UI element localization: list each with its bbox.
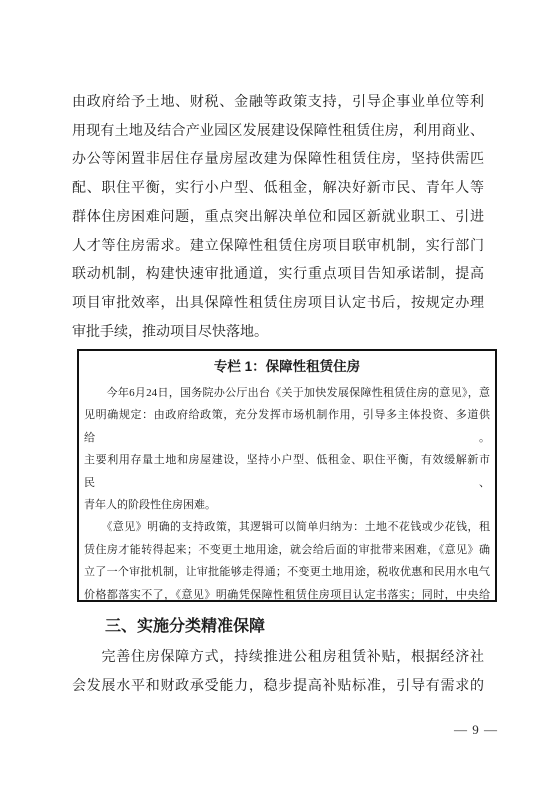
callout-body: 今年6月24日，国务院办公厅出台《关于加快发展保障性租赁住房的意见》，意见明确规… bbox=[84, 382, 490, 602]
text-line: 由政府给予土地、财税、金融等政策支持，引导企事业单位等利 bbox=[72, 89, 484, 118]
text-line: 会发展水平和财政承受能力，稳步提高补贴标准，引导有需求的 bbox=[72, 672, 484, 701]
text-line: 办公等闲置非居住存量房屋改建为保障性租赁住房，坚持供需匹 bbox=[72, 146, 484, 175]
body-paragraph: 由政府给予土地、财税、金融等政策支持，引导企事业单位等利用现有土地及结合产业园区… bbox=[72, 89, 484, 347]
policy-callout-box: 专栏 1：保障性租赁住房 今年6月24日，国务院办公厅出台《关于加快发展保障性租… bbox=[77, 349, 497, 602]
text-line: 完善住房保障方式，持续推进公租房租赁补贴，根据经济社 bbox=[72, 643, 484, 672]
text-line: 用现有土地及结合产业园区发展建设保障性租赁住房，利用商业、 bbox=[72, 118, 484, 147]
text-line: 赁住房才能转得起来；不变更土地用途，就会给后面的审批带来困难，《意见》确 bbox=[84, 539, 490, 561]
text-line: 群体住房困难问题，重点突出解决单位和园区新就业职工、引进 bbox=[72, 204, 484, 233]
closing-paragraph: 完善住房保障方式，持续推进公租房租赁补贴，根据经济社会发展水平和财政承受能力，稳… bbox=[72, 643, 484, 701]
text-line: 见明确规定：由政府给政策，充分发挥市场机制作用，引导多主体投资、多道供给。 bbox=[84, 404, 490, 449]
document-page: 由政府给予土地、财税、金融等政策支持，引导企事业单位等利用现有土地及结合产业园区… bbox=[0, 0, 555, 785]
text-line: 青年人的阶段性住房困难。 bbox=[84, 494, 490, 516]
text-line: 《意见》明确的支持政策，其逻辑可以简单归纳为：土地不花钱或少花钱，租 bbox=[84, 516, 490, 538]
text-line: 联动机制，构建快速审批通道，实行重点项目告知承诺制，提高 bbox=[72, 261, 484, 290]
page-number: — 9 — bbox=[454, 721, 498, 738]
text-line: 立了一个审批机制，让审批能够走得通；不变更土地用途，税收优惠和民用水电气 bbox=[84, 561, 490, 583]
text-line: 审批手续，推动项目尽快落地。 bbox=[72, 319, 484, 348]
text-line: 人才等住房需求。建立保障性租赁住房项目联审机制，实行部门 bbox=[72, 233, 484, 262]
text-line: 项目审批效率，出具保障性租赁住房项目认定书后，按规定办理 bbox=[72, 290, 484, 319]
text-line: 今年6月24日，国务院办公厅出台《关于加快发展保障性租赁住房的意见》，意 bbox=[84, 382, 490, 404]
text-line: 配、职住平衡，实行小户型、低租金，解决好新市民、青年人等 bbox=[72, 175, 484, 204]
section-heading: 三、实施分类精准保障 bbox=[72, 612, 484, 642]
text-line: 主要利用存量土地和房屋建设，坚持小户型、低租金、职住平衡，有效缓解新市民、 bbox=[84, 449, 490, 494]
callout-title: 专栏 1：保障性租赁住房 bbox=[84, 355, 490, 379]
text-line: 价格都落实不了，《意见》明确凭保障性租赁住房项目认定书落实；同时，中央给 bbox=[84, 584, 490, 602]
